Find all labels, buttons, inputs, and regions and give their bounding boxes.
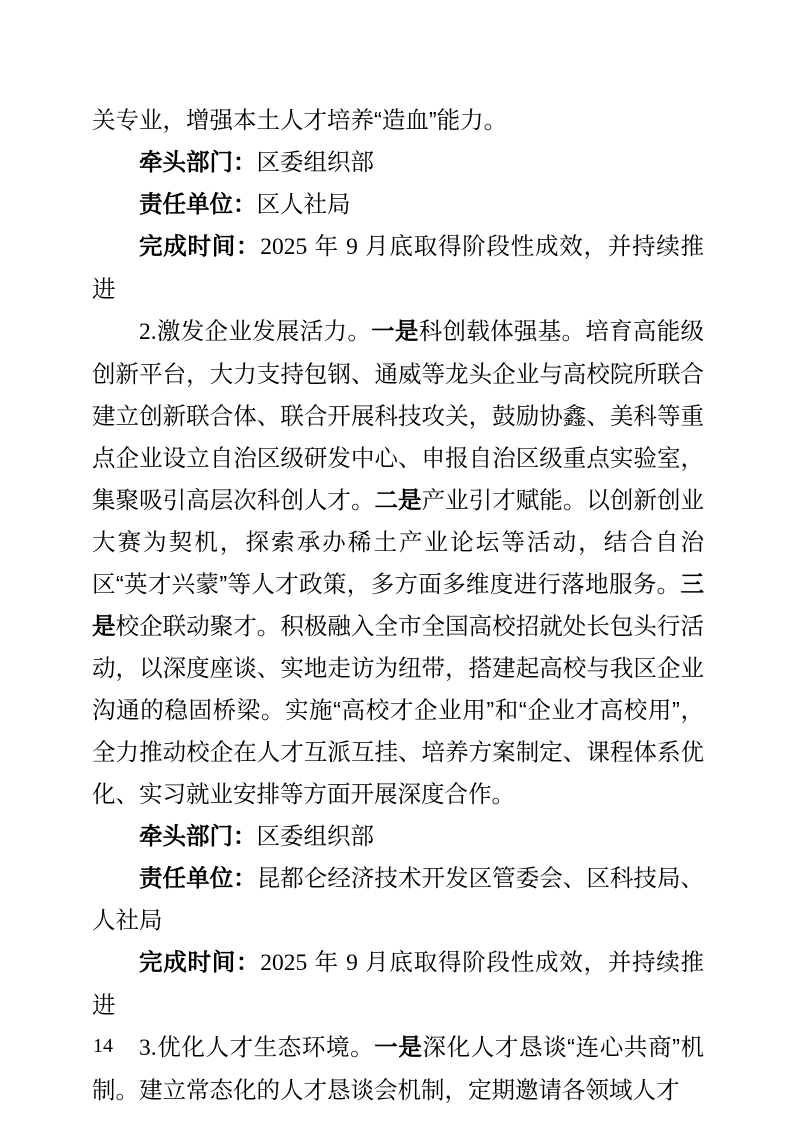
- bold-text-segment: 二是: [374, 487, 421, 513]
- para-item-3: 3.优化人才生态环境。一是深化人才恳谈“连心共商”机制。建立常态化的人才恳谈会机…: [92, 1026, 704, 1111]
- bold-text-segment: 责任单位：: [139, 191, 257, 217]
- text-segment: 区委组织部: [257, 149, 375, 175]
- para-responsible-unit-1: 责任单位：区人社局: [92, 183, 704, 225]
- document-body: 关专业，增强本土人才培养“造血”能力。牵头部门：区委组织部责任单位：区人社局完成…: [92, 99, 704, 1111]
- bold-text-segment: 完成时间：: [139, 233, 260, 259]
- text-segment: 2.激发企业发展活力。: [139, 318, 371, 344]
- text-segment: 区人社局: [257, 191, 351, 217]
- numeral: 2025: [260, 950, 307, 976]
- bold-text-segment: 牵头部门：: [139, 149, 257, 175]
- page-number: 14: [93, 1034, 113, 1058]
- bold-text-segment: 完成时间：: [139, 949, 260, 975]
- para-responsible-unit-2: 责任单位：昆都仑经济技术开发区管委会、区科技局、人社局: [92, 857, 704, 941]
- numeral: 2025: [260, 234, 307, 260]
- para-completion-time-1: 完成时间：2025 年 9 月底取得阶段性成效，并持续推进: [92, 225, 704, 310]
- bold-text-segment: 责任单位：: [139, 865, 257, 891]
- bold-text-segment: 一是: [371, 318, 419, 344]
- para-continuation: 关专业，增强本土人才培养“造血”能力。: [92, 99, 704, 141]
- text-segment: 3.优化人才生态环境。: [139, 1034, 374, 1060]
- numeral: 9: [346, 234, 358, 260]
- text-segment: 关专业，增强本土人才培养“造血”能力。: [92, 107, 507, 133]
- document-page: 关专业，增强本土人才培养“造血”能力。牵头部门：区委组织部责任单位：区人社局完成…: [0, 0, 793, 1122]
- text-segment: 校企联动聚才。积极融入全市全国高校招就处长包头行活动，以深度座谈、实地走访为纽带…: [92, 613, 704, 807]
- numeral: 3.: [139, 1035, 157, 1061]
- numeral: 2.: [139, 319, 157, 345]
- bold-text-segment: 一是: [374, 1034, 422, 1060]
- text-segment: 科创载体强基。培育高能级创新平台，大力支持包钢、通威等龙头企业与高校院所联合建立…: [92, 318, 704, 513]
- bold-text-segment: 牵头部门：: [139, 823, 257, 849]
- para-item-2: 2.激发企业发展活力。一是科创载体强基。培育高能级创新平台，大力支持包钢、通威等…: [92, 310, 704, 815]
- text-segment: 区委组织部: [257, 823, 375, 849]
- para-lead-department-1: 牵头部门：区委组织部: [92, 141, 704, 183]
- numeral: 9: [346, 950, 358, 976]
- para-lead-department-2: 牵头部门：区委组织部: [92, 815, 704, 857]
- para-completion-time-2: 完成时间：2025 年 9 月底取得阶段性成效，并持续推进: [92, 941, 704, 1026]
